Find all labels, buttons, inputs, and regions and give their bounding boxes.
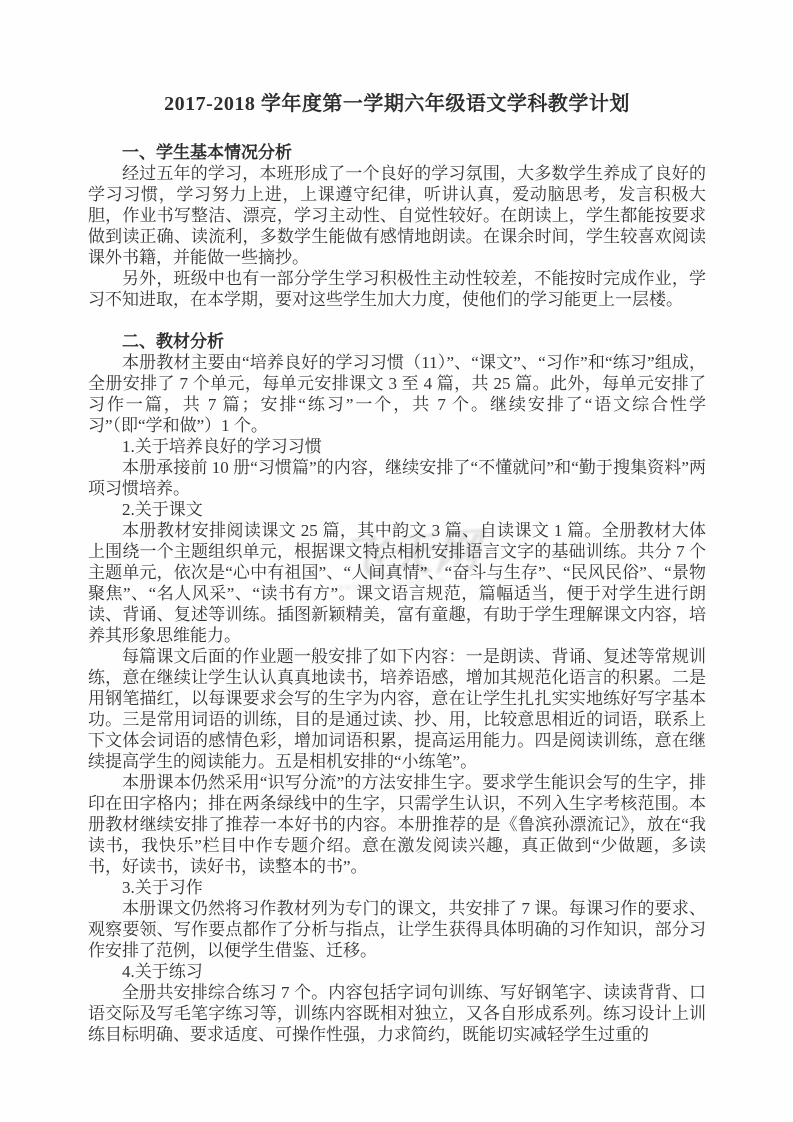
section-2-sub-2-paragraph-2: 每篇课文后面的作业题一般安排了如下内容：一是朗读、背诵、复述等常规训练，意在继续… bbox=[88, 646, 706, 772]
section-2-intro-paragraph: 本册教材主要由“培养良好的学习习惯（11）”、“课文”、“习作”和“练习”组成，… bbox=[88, 352, 706, 436]
section-2-sub-2-paragraph-3: 本册课本仍然采用“识写分流”的方法安排生字。要求学生能识会写的生字，排印在田字格… bbox=[88, 772, 706, 877]
section-2-sub-2-paragraph-1: 本册教材安排阅读课文 25 篇，其中韵文 3 篇、自读课文 1 篇。全册教材大体… bbox=[88, 520, 706, 646]
section-2-sub-3-paragraph: 本册课文仍然将习作教材列为专门的课文，共安排了 7 课。每课习作的要求、观察要领… bbox=[88, 898, 706, 961]
section-2-sub-4-paragraph: 全册共安排综合练习 7 个。内容包括字词句训练、写好钢笔字、读读背背、口语交际及… bbox=[88, 982, 706, 1045]
section-2-subheading-2: 2.关于课文 bbox=[88, 499, 706, 520]
section-1-heading: 一、学生基本情况分析 bbox=[88, 142, 706, 163]
section-2-subheading-3: 3.关于习作 bbox=[88, 877, 706, 898]
section-1-paragraph-1: 经过五年的学习，本班形成了一个良好的学习氛围，大多数学生养成了良好的学习习惯，学… bbox=[88, 163, 706, 268]
section-2-sub-1-paragraph: 本册承接前 10 册“习惯篇”的内容，继续安排了“不懂就问”和“勤于搜集资料”两… bbox=[88, 457, 706, 499]
section-2-heading: 二、教材分析 bbox=[88, 331, 706, 352]
section-2-subheading-1: 1.关于培养良好的学习习惯 bbox=[88, 436, 706, 457]
document-content: 2017-2018 学年度第一学期六年级语文学科教学计划 一、学生基本情况分析 … bbox=[88, 90, 706, 1045]
section-1-paragraph-2: 另外，班级中也有一部分学生学习积极性主动性较差，不能按时完成作业，学习不知进取，… bbox=[88, 268, 706, 310]
document-title: 2017-2018 学年度第一学期六年级语文学科教学计划 bbox=[88, 90, 706, 118]
section-2-subheading-4: 4.关于练习 bbox=[88, 961, 706, 982]
document-page: 飞天网 www.feitianwang.com 2017-2018 学年度第一学… bbox=[0, 0, 793, 1122]
